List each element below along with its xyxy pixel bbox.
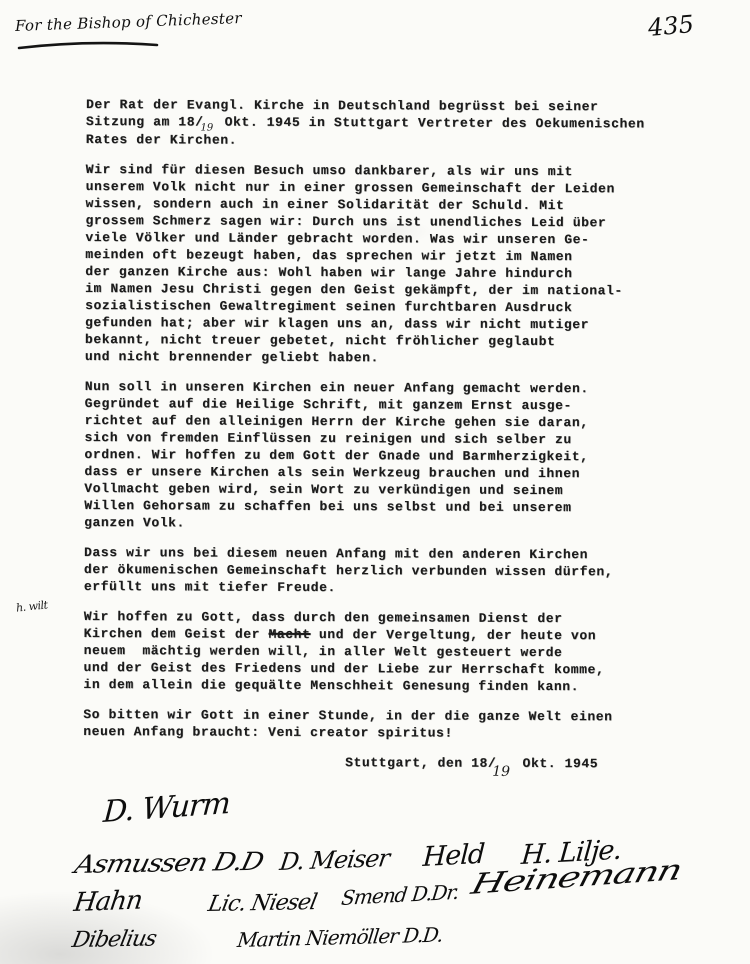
handwritten-dedication: For the Bishop of Chichester <box>15 9 242 35</box>
scanned-document-page: For the Bishop of Chichester 435 Der Rat… <box>0 0 750 964</box>
overstruck-word: Macht <box>268 627 310 642</box>
paragraph-ecumenical-joy: Dass wir uns bei diesem neuen Anfang mit… <box>84 544 704 598</box>
signature-dibelius: Dibelius <box>70 926 158 953</box>
dateline-rest: Okt. 1945 <box>514 756 598 771</box>
signature-hahn: Hahn <box>72 885 144 918</box>
typed-text-block: Der Rat der Evangl. Kirche in Deutschlan… <box>83 96 706 773</box>
dateline: Stuttgart, den 18/19 Okt. 1945 <box>345 754 703 773</box>
signature-wurm: D. Wurm <box>102 786 231 830</box>
signature-niemoeller: Martin Niemöller D.D. <box>236 923 444 952</box>
page-number: 435 <box>647 10 695 42</box>
dateline-text: Stuttgart, den 18/ <box>345 755 496 771</box>
signature-smend: Smend D.Dr. <box>340 880 460 910</box>
paragraph-prayer: So bitten wir Gott in einer Stunde, in d… <box>83 706 703 743</box>
paragraph-heading: Der Rat der Evangl. Kirche in Deutschlan… <box>86 96 706 151</box>
signature-heinemann: Heinemann <box>468 853 685 901</box>
signature-meiser: D. Meiser <box>278 844 391 876</box>
paragraph-guilt: Wir sind für diesen Besuch umso dankbare… <box>85 161 706 368</box>
paragraph-hope: Wir hoffen zu Gott, dass durch den gemei… <box>83 608 703 696</box>
signature-asmussen: Asmussen D.D <box>72 847 266 879</box>
signature-niesel: Lic. Niesel <box>206 890 318 917</box>
margin-note: h. wilt <box>15 598 48 614</box>
handwritten-date-insert-2: 19 <box>492 764 510 780</box>
handwritten-date-insert: 19 <box>200 122 213 133</box>
paragraph-new-beginning: Nun soll in unseren Kirchen ein neuer An… <box>84 378 705 534</box>
dedication-underline-stroke <box>17 38 159 52</box>
